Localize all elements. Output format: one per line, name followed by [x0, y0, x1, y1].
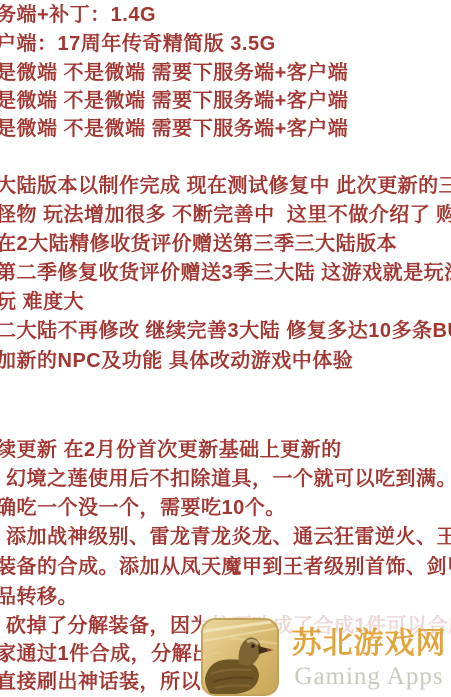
document-page: 务端+补丁：1.4G 户端：17周年传奇精简版 3.5G 是微端 不是微端 需要… [0, 0, 451, 697]
text-line: 第二季修复收货评价赠送3季三大陆 这游戏就是玩法多 [0, 262, 451, 284]
text-line: 加新的NPC及功能 具体改动游戏中体验 [0, 350, 353, 372]
text-line: 户端：17周年传奇精简版 3.5G [0, 33, 276, 55]
text-line: 怪物 玩法增加很多 不断完善中 这里不做介绍了 购 [0, 204, 451, 226]
watermark-text: 苏北游戏网 Gaming Apps [287, 627, 451, 690]
text-line: 装备的合成。添加从凤天魔甲到王者级别首饰、剑甲的 [0, 556, 451, 578]
watermark: 苏北游戏网 Gaming Apps [201, 610, 451, 697]
text-line: 是微端 不是微端 需要下服务端+客户端 [0, 90, 348, 112]
text-line: 家通过1件合成，分解出2 [0, 643, 224, 665]
text-line: 品转移。 [0, 586, 78, 608]
text-line: 在2大陆精修收货评价赠送第三季三大陆版本 [0, 233, 397, 255]
text-line: 幻境之莲使用后不扣除道具，一个就可以吃到满。现 [6, 468, 451, 490]
text-line: 务端+补丁：1.4G [0, 4, 156, 26]
watermark-subtitle: Gaming Apps [287, 663, 451, 690]
text-line: 玩 难度大 [0, 291, 84, 313]
text-line: 续更新 在2月份首次更新基础上更新的 [0, 439, 342, 461]
text-line: 直接刷出神话装，所以关 [0, 671, 222, 693]
text-line: 是微端 不是微端 需要下服务端+客户端 [0, 118, 348, 140]
text-line: 确吃一个没一个，需要吃10个。 [0, 497, 286, 519]
duck-photo-app-icon [201, 618, 279, 696]
watermark-site-name: 苏北游戏网 [287, 627, 451, 660]
text-line: 是微端 不是微端 需要下服务端+客户端 [0, 62, 348, 84]
text-line: 二大陆不再修改 继续完善3大陆 修复多达10多条BUG [0, 320, 451, 342]
text-line: 大陆版本以制作完成 现在测试修复中 此次更新的三大 [0, 175, 451, 197]
text-line: 添加战神级别、雷龙青龙炎龙、通云狂雷逆火、王者 [6, 526, 451, 548]
